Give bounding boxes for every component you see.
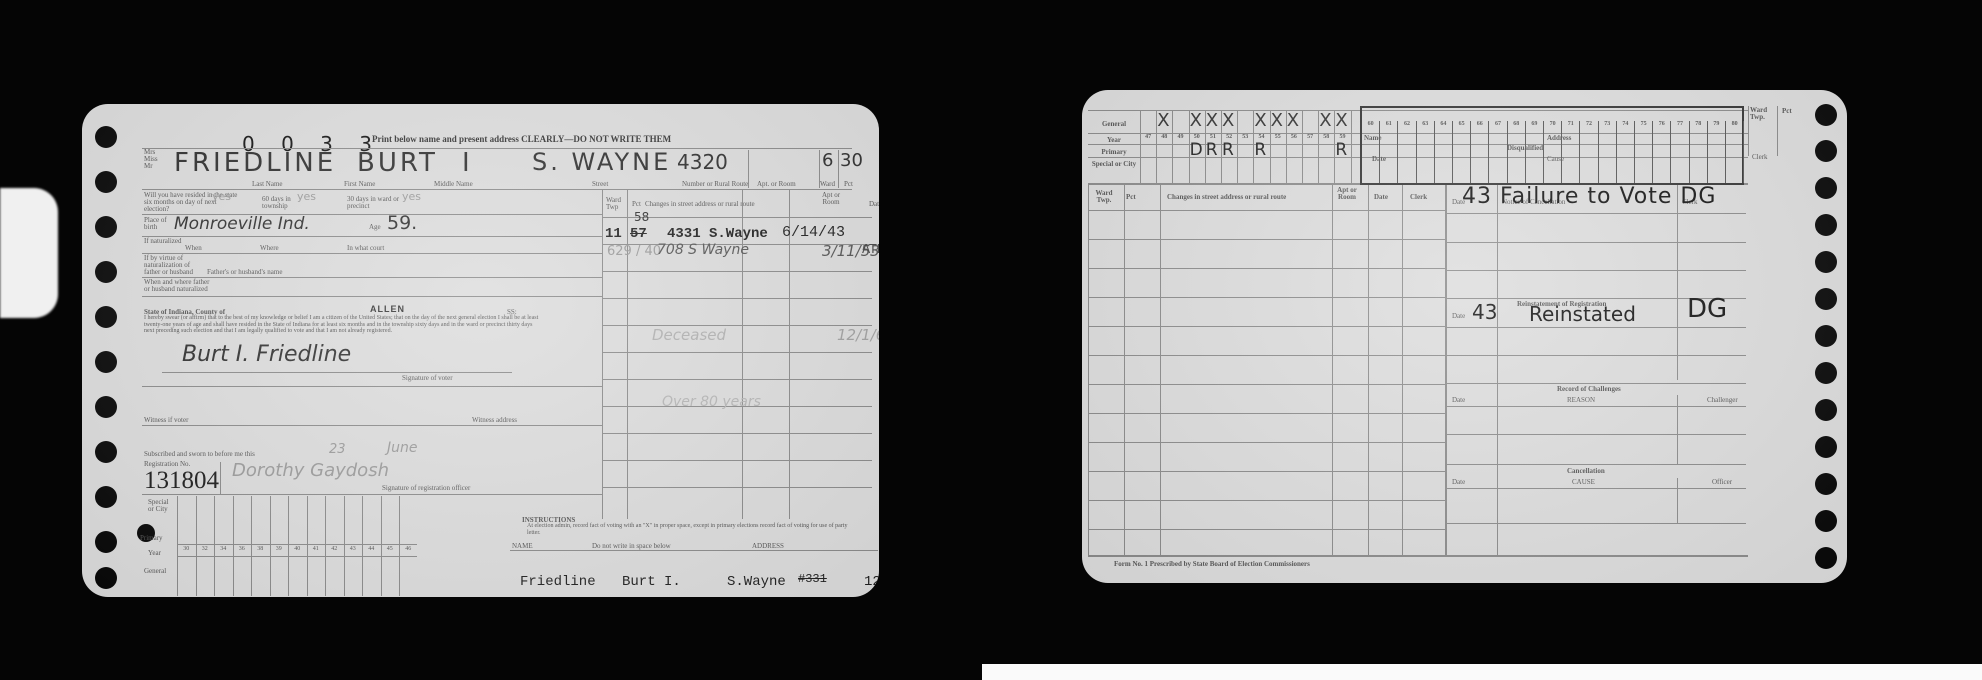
- header-pct-back: Pct: [1126, 193, 1136, 201]
- grid-line: [1270, 110, 1271, 183]
- middle-name-value: I: [462, 148, 470, 178]
- transfer-year-cell: 69: [1526, 121, 1544, 183]
- punch-hole: [95, 567, 117, 589]
- reinstate-stamp-date: 43: [1472, 300, 1497, 324]
- label-special-city: Special or City: [148, 499, 176, 513]
- transfer-year-cell: 77: [1671, 121, 1689, 183]
- grid-line: [177, 496, 178, 596]
- typed-first-name: Burt I.: [622, 574, 681, 590]
- grid-line: [233, 496, 234, 596]
- grid-line: [1156, 110, 1157, 183]
- general-vote-mark: X: [1287, 110, 1299, 131]
- punch-hole: [1815, 214, 1837, 236]
- punch-hole: [1815, 288, 1837, 310]
- label-pct-back: Pct: [1782, 107, 1792, 115]
- header-challenger: Challenger: [1707, 396, 1738, 404]
- sworn-day: 23: [329, 442, 346, 457]
- year-cell: 40: [288, 546, 307, 552]
- table-row: [1088, 297, 1446, 298]
- general-vote-mark: X: [1206, 110, 1218, 131]
- label-father-name: Father's or husband's name: [207, 268, 282, 276]
- transfer-year-cell: 68: [1508, 121, 1526, 183]
- punch-hole: [95, 306, 117, 328]
- punch-hole: [1815, 436, 1837, 458]
- punch-hole: [95, 351, 117, 373]
- change-1-date: 6/14/43: [782, 224, 845, 241]
- header-ward-twp-back: Ward Twp.: [1090, 190, 1118, 204]
- pct-value: 30: [840, 150, 863, 171]
- voter-signature: Burt I. Friedline: [182, 342, 351, 367]
- grid-line: [1221, 110, 1222, 183]
- label-first-name: First Name: [344, 180, 375, 188]
- general-vote-mark: X: [1222, 110, 1234, 131]
- grid-line: [270, 496, 271, 596]
- grid-line: [307, 496, 308, 596]
- header-clerk-back: Clerk: [1410, 193, 1427, 201]
- grid-line: [251, 496, 252, 596]
- do-not-write-note: Do not write in space below: [592, 542, 671, 550]
- scan-border: [982, 664, 1982, 680]
- grid-line: [399, 496, 400, 596]
- punch-hole: [95, 531, 117, 553]
- label-number: Number or Rural Route: [682, 180, 748, 188]
- grid-line: [1237, 110, 1238, 183]
- punch-hole: [1815, 251, 1837, 273]
- salutation-options: Mrs Miss Mr: [144, 149, 158, 170]
- grid-line: [196, 496, 197, 596]
- table-row: [1088, 471, 1446, 472]
- label-place-of-birth: Place of birth: [144, 217, 169, 231]
- label-clerk-back: Clerk: [1752, 153, 1768, 161]
- header-reason-challenge: REASON: [1567, 396, 1595, 404]
- grid-line: [362, 496, 363, 596]
- label-where: Where: [260, 244, 279, 252]
- label-general: General: [144, 567, 166, 575]
- year-cell: 38: [251, 546, 270, 552]
- table-row: [1088, 355, 1446, 356]
- label-disqualified: Disqualified: [1507, 144, 1543, 152]
- table-row: [1088, 500, 1446, 501]
- punch-hole: [1815, 510, 1837, 532]
- place-of-birth-value: Monroeville Ind.: [174, 214, 310, 234]
- year-cell: 46: [399, 546, 418, 552]
- transfer-year-cell: 71: [1562, 121, 1580, 183]
- punch-hole: [1815, 547, 1837, 569]
- transfer-year-cell: 80: [1726, 121, 1744, 183]
- grid-line: [1286, 110, 1287, 183]
- reinstate-stamp-clerk: DG: [1687, 294, 1727, 324]
- punch-hole: [1815, 362, 1837, 384]
- change-3-address: Deceased: [652, 326, 726, 344]
- year-cell: 39: [270, 546, 289, 552]
- typed-ward: 12: [864, 574, 879, 590]
- punch-hole: [95, 486, 117, 508]
- transfer-year-cell: 79: [1708, 121, 1726, 183]
- table-row: [1088, 442, 1446, 443]
- grid-line: [1253, 110, 1254, 183]
- header-pct: Pct: [632, 200, 641, 208]
- header-cause-cancellation: CAUSE: [1572, 478, 1595, 486]
- general-vote-mark: X: [1157, 110, 1169, 131]
- punch-hole: [1815, 399, 1837, 421]
- label-witness-address: Witness address: [472, 416, 517, 424]
- label-street: Street: [592, 180, 608, 188]
- typed-last-name: Friedline: [520, 574, 596, 590]
- q-township: 60 days in township: [262, 196, 302, 210]
- label-witness: Witness if voter: [144, 416, 188, 424]
- label-primary: Primary: [140, 534, 163, 542]
- year-cell: 42: [325, 546, 344, 552]
- grid-line: [1318, 110, 1319, 183]
- typed-number: #331: [798, 572, 827, 586]
- year-cell: 56: [1286, 134, 1302, 140]
- subscribed-text: Subscribed and sworn to before me this: [144, 450, 255, 458]
- punch-hole: [1815, 140, 1837, 162]
- punch-hole: [1815, 473, 1837, 495]
- grid-line: [1334, 110, 1335, 183]
- label-officer-signature: Signature of registration officer: [382, 484, 470, 492]
- header-date-back: Date: [1374, 193, 1388, 201]
- punch-hole: [95, 396, 117, 418]
- header-date-challenge: Date: [1452, 396, 1465, 404]
- year-cell: 44: [362, 546, 381, 552]
- change-2-ward-pct: 629 / 40: [607, 244, 661, 259]
- table-row: [1088, 529, 1446, 530]
- last-name-value: FRIEDLINE: [174, 148, 336, 178]
- officer-signature: Dorothy Gaydosh: [232, 460, 389, 481]
- form-footer: Form No. 1 Prescribed by State Board of …: [1114, 560, 1310, 568]
- label-special-back: Special or City: [1090, 161, 1138, 168]
- grid-line: [288, 496, 289, 596]
- transfer-year-cell: 72: [1580, 121, 1598, 183]
- grid-line: [214, 496, 215, 596]
- primary-vote-mark: R: [1206, 140, 1218, 160]
- label-general-back: General: [1090, 120, 1138, 128]
- street-value: S. WAYNE: [532, 148, 671, 176]
- year-cell: 30: [177, 546, 196, 552]
- header-date-reinstate: Date: [1452, 312, 1465, 320]
- general-vote-mark: X: [1254, 110, 1266, 131]
- year-cell: 41: [307, 546, 326, 552]
- year-cell: 53: [1237, 134, 1253, 140]
- year-cell: 34: [214, 546, 233, 552]
- header-date-cancellation: Date: [1452, 478, 1465, 486]
- transfer-year-cell: 67: [1489, 121, 1507, 183]
- year-cell: 57: [1302, 134, 1318, 140]
- year-cell: 55: [1270, 134, 1286, 140]
- transfer-year-cell: 78: [1690, 121, 1708, 183]
- change-1-ward: 11: [605, 226, 622, 242]
- label-father-naturalization: If by virtue of naturalization of father…: [144, 255, 194, 276]
- transfer-year-cell: 75: [1635, 121, 1653, 183]
- transfer-year-cell: 60: [1362, 121, 1380, 183]
- number-value: 4320: [677, 150, 728, 174]
- label-cause-transfer: Cause: [1547, 155, 1564, 163]
- label-last-name: Last Name: [252, 180, 283, 188]
- reinstate-stamp-text: Reinstated: [1529, 302, 1636, 326]
- label-when: When: [185, 244, 202, 252]
- year-cell: 49: [1172, 134, 1188, 140]
- year-cell: 48: [1156, 134, 1172, 140]
- header-changes: Changes in street address or rural route: [645, 200, 755, 208]
- punch-hole: [95, 126, 117, 148]
- label-apt: Apt. or Room: [757, 180, 796, 188]
- sworn-month: June: [387, 440, 418, 456]
- grid-line: [1172, 110, 1173, 183]
- grid-line: [1189, 110, 1190, 183]
- change-2-clerk: ATB: [862, 242, 879, 256]
- header-apt-back: Apt or Room: [1334, 187, 1360, 201]
- a-township: yes: [297, 190, 316, 203]
- label-middle-name: Middle Name: [434, 180, 473, 188]
- label-signature: Signature of voter: [402, 374, 453, 382]
- challenges-title: Record of Challenges: [1557, 385, 1621, 393]
- transfer-year-cell: 61: [1380, 121, 1398, 183]
- q-ward: 30 days in ward or precinct: [347, 196, 402, 210]
- label-name-footer: NAME: [512, 542, 533, 550]
- grid-line: [325, 496, 326, 596]
- grid-line: [381, 496, 382, 596]
- primary-vote-mark: R: [1222, 140, 1234, 160]
- transfer-year-cell: 74: [1617, 121, 1635, 183]
- partial-card-left: [0, 188, 58, 318]
- label-name-transfer: Name: [1364, 134, 1382, 142]
- year-cell: 36: [233, 546, 252, 552]
- transfer-year-cell: 62: [1398, 121, 1416, 183]
- table-row: [1088, 268, 1446, 269]
- punch-hole: [1815, 177, 1837, 199]
- year-cell: 32: [196, 546, 215, 552]
- punch-hole: [95, 441, 117, 463]
- label-age: Age: [369, 223, 381, 231]
- grid-line: [344, 496, 345, 596]
- header-apt: Apt or Room: [819, 192, 843, 206]
- registration-number: 131804: [144, 467, 219, 495]
- transfer-year-cell: 73: [1599, 121, 1617, 183]
- table-row: [1088, 210, 1446, 211]
- transfer-year-cell: 70: [1544, 121, 1562, 183]
- year-cell: 47: [1140, 134, 1156, 140]
- label-date-transfer: Date: [1372, 155, 1386, 163]
- a-state-residence: yes: [212, 190, 231, 203]
- table-row: [1088, 326, 1446, 327]
- year-cell: 45: [381, 546, 400, 552]
- change-1-address: 4331 S.Wayne: [667, 226, 768, 242]
- table-row: [1088, 239, 1446, 240]
- transfer-year-cell: 64: [1435, 121, 1453, 183]
- grid-line: [1351, 110, 1352, 183]
- label-address-footer: ADDRESS: [752, 542, 784, 550]
- first-name-value: BURT: [357, 148, 438, 178]
- label-address-transfer: Address: [1547, 134, 1571, 142]
- label-year: Year: [148, 549, 161, 557]
- year-cell: 43: [344, 546, 363, 552]
- change-1-pct-new: 58: [634, 210, 649, 224]
- header-officer-cancellation: Officer: [1712, 478, 1732, 486]
- grid-line: [1205, 110, 1206, 183]
- registration-card-front: 0 0 3 3 Print below name and present add…: [82, 104, 879, 597]
- header-date: Date: [869, 200, 879, 208]
- label-court: In what court: [347, 244, 384, 252]
- registration-card-back: General Year Primary Special or City 474…: [1082, 90, 1847, 583]
- typed-street: S.Wayne: [727, 574, 786, 590]
- primary-vote-mark: R: [1254, 140, 1266, 160]
- general-vote-mark: X: [1335, 110, 1347, 131]
- primary-vote-mark: D: [1190, 140, 1203, 160]
- header-ward-twp: Ward Twp: [606, 197, 626, 211]
- punch-hole: [95, 216, 117, 238]
- general-vote-mark: X: [1319, 110, 1331, 131]
- transfer-year-cell: 63: [1417, 121, 1435, 183]
- punch-hole: [1815, 104, 1837, 126]
- punch-hole: [95, 171, 117, 193]
- header-changes-back: Changes in street address or rural route: [1167, 193, 1286, 201]
- age-value: 59.: [387, 212, 417, 234]
- cancellation-title: Cancellation: [1567, 467, 1605, 475]
- label-father-when: When and where father or husband natural…: [144, 279, 214, 293]
- punch-hole: [1815, 325, 1837, 347]
- general-vote-mark: X: [1190, 110, 1202, 131]
- label-ward: Ward: [820, 180, 835, 188]
- punch-hole: [95, 261, 117, 283]
- table-row: [1088, 384, 1446, 385]
- change-1-pct-old: 57: [630, 226, 647, 242]
- instructions-text: At election admin, record fact of voting…: [527, 523, 857, 537]
- general-vote-mark: X: [1271, 110, 1283, 131]
- failure-to-vote-stamp: 43 Failure to Vote DG: [1462, 184, 1716, 209]
- county-value: ALLEN: [370, 304, 405, 314]
- label-year-back: Year: [1090, 136, 1138, 144]
- transfer-year-cell: 76: [1653, 121, 1671, 183]
- oath-text: I hereby swear (or affirm) that to the b…: [144, 315, 544, 335]
- table-row: [1088, 413, 1446, 414]
- grid-line: [1302, 110, 1303, 183]
- change-2-address: 708 S Wayne: [657, 242, 749, 258]
- transfer-year-cell: 65: [1453, 121, 1471, 183]
- label-pct: Pct: [844, 180, 853, 188]
- label-naturalized: If naturalized: [144, 238, 184, 245]
- change-3-date: 12/1/61: [837, 326, 879, 344]
- label-primary-back: Primary: [1090, 148, 1138, 156]
- transfer-year-cell: 66: [1471, 121, 1489, 183]
- change-4-address: Over 80 years: [662, 394, 761, 410]
- a-ward: yes: [402, 190, 421, 203]
- header-instruction: Print below name and present address CLE…: [372, 134, 671, 144]
- label-ward-back: Ward Twp.: [1750, 107, 1772, 121]
- primary-vote-mark: R: [1335, 140, 1347, 160]
- ward-value: 6: [822, 150, 833, 171]
- year-cell: 58: [1318, 134, 1334, 140]
